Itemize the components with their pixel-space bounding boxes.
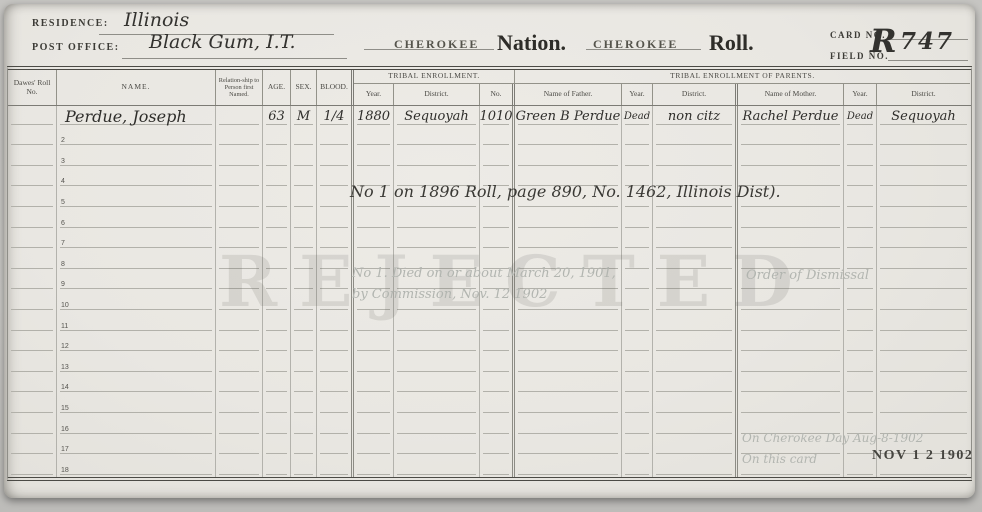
table-cell: Perdue, Joseph [57, 106, 216, 127]
table-cell [8, 456, 57, 477]
table-cell: Green B Perdue [515, 106, 622, 127]
table-cell [622, 394, 653, 415]
table-cell [515, 415, 622, 436]
table-cell [653, 209, 738, 230]
table-cell [738, 147, 844, 168]
table-cell: Sequoyah [877, 106, 970, 127]
table-cell [291, 456, 317, 477]
row1-district: Sequoyah [404, 109, 469, 124]
table-cell [877, 394, 970, 415]
table-cell [653, 456, 738, 477]
field-no-value: 747 [900, 28, 954, 55]
row-number: 18 [61, 467, 69, 474]
table-cell [877, 374, 970, 395]
table-cell [877, 333, 970, 354]
table-cell [354, 436, 394, 457]
table-cell: 5 [57, 188, 216, 209]
table-cell: 63 [263, 106, 291, 127]
table-cell [8, 209, 57, 230]
table-cell [354, 415, 394, 436]
col-header-father: Name of Father. [515, 84, 622, 105]
table-cell [515, 374, 622, 395]
table-cell [216, 333, 263, 354]
table-cell: Dead [622, 106, 653, 127]
table-cell [263, 456, 291, 477]
table-cell [216, 106, 263, 127]
col-header-sex: SEX. [291, 70, 317, 105]
dismissal-note: Order of Dismissal [746, 268, 869, 283]
table-cell [317, 147, 354, 168]
row-number: 11 [61, 323, 68, 330]
table-cell [291, 415, 317, 436]
table-cell: 13 [57, 353, 216, 374]
table-cell [354, 147, 394, 168]
row1-mother: Rachel Perdue [743, 109, 839, 124]
table-cell [480, 209, 515, 230]
table-cell [263, 209, 291, 230]
table-cell [263, 168, 291, 189]
col-header-age: AGE. [263, 70, 291, 105]
row-number: 14 [61, 384, 69, 391]
col-header-mother-year: Year. [844, 84, 877, 105]
table-cell: 6 [57, 209, 216, 230]
table-cell [8, 415, 57, 436]
table-cell [877, 230, 970, 251]
row-number: 8 [61, 261, 65, 268]
on-this-card-note: On this card [742, 452, 817, 466]
table-cell [844, 168, 877, 189]
table-cell [8, 188, 57, 209]
row-number: 17 [61, 446, 69, 453]
table-cell: 10 [57, 291, 216, 312]
table-cell: non citz [653, 106, 738, 127]
date-stamp: NOV 1 2 1902 [872, 448, 973, 464]
table-cell [844, 374, 877, 395]
table-cell [653, 353, 738, 374]
table-cell [515, 333, 622, 354]
table-cell [291, 374, 317, 395]
table-cell [8, 374, 57, 395]
row1-father_district: non citz [668, 109, 720, 124]
table-cell [317, 168, 354, 189]
table-cell [216, 209, 263, 230]
table-cell [263, 353, 291, 374]
table-cell [515, 456, 622, 477]
table-cell [394, 333, 480, 354]
table-cell [317, 333, 354, 354]
table-cell [844, 291, 877, 312]
row1-father: Green B Perdue [516, 109, 621, 124]
table-cell [354, 456, 394, 477]
table-cell [8, 291, 57, 312]
table-cell: 1880 [354, 106, 394, 127]
col-header-district: District. [394, 84, 480, 105]
table-cell [291, 147, 317, 168]
table-cell [8, 394, 57, 415]
table-cell [216, 415, 263, 436]
table-cell [515, 147, 622, 168]
row1-sex: M [297, 109, 310, 124]
table-cell [515, 436, 622, 457]
col-header-father-year: Year. [622, 84, 653, 105]
table-cell [291, 209, 317, 230]
table-cell [844, 147, 877, 168]
residence-value: Illinois [124, 9, 189, 31]
table-cell [877, 291, 970, 312]
row1-year: 1880 [357, 109, 390, 124]
table-cell: 18 [57, 456, 216, 477]
table-cell: 15 [57, 394, 216, 415]
table-cell [515, 209, 622, 230]
table-cell [480, 147, 515, 168]
table-cell [291, 353, 317, 374]
table-cell: 9 [57, 271, 216, 292]
roll-note: No 1 on 1896 Roll, page 890, No. 1462, I… [350, 182, 781, 201]
table-cell: 16 [57, 415, 216, 436]
group-header-tribal-enrollment: TRIBAL ENROLLMENT. [354, 70, 515, 84]
table-cell [738, 127, 844, 148]
table-cell [653, 415, 738, 436]
table-cell [844, 230, 877, 251]
nation-word: Nation. [497, 30, 566, 56]
table-cell [317, 374, 354, 395]
table-cell [877, 209, 970, 230]
table-cell: 14 [57, 374, 216, 395]
table-cell [844, 312, 877, 333]
table-cell: Rachel Perdue [738, 106, 844, 127]
table-cell [622, 374, 653, 395]
col-header-year: Year. [354, 84, 394, 105]
table-cell [8, 230, 57, 251]
table-cell [394, 353, 480, 374]
col-header-dawes-roll-no: Dawes' Roll No. [8, 70, 57, 105]
table-cell [622, 415, 653, 436]
row1-father_year: Dead [624, 111, 650, 122]
pencil-note-line2: by Commission, Nov. 12 1902 [352, 287, 547, 302]
table-cell [394, 415, 480, 436]
table-cell [480, 394, 515, 415]
table-cell [216, 436, 263, 457]
table-cell [622, 147, 653, 168]
table-cell: 3 [57, 147, 216, 168]
table-cell [8, 250, 57, 271]
col-header-mother-district: District. [877, 84, 970, 105]
col-header-father-district: District. [653, 84, 738, 105]
roll-stamp: CHEROKEE [593, 37, 678, 52]
enrollment-card: Residence: Illinois Post Office: Black G… [4, 4, 975, 498]
table-cell [844, 333, 877, 354]
post-office-value: Black Gum, I.T. [149, 31, 296, 53]
table-cell [480, 436, 515, 457]
table-cell [653, 436, 738, 457]
row-number: 4 [61, 178, 65, 185]
table-cell [394, 209, 480, 230]
table-cell [622, 127, 653, 148]
table-cell: 12 [57, 333, 216, 354]
table-cell [291, 168, 317, 189]
row-number: 15 [61, 405, 69, 412]
table-cell [354, 209, 394, 230]
table-cell: 17 [57, 436, 216, 457]
table-cell [844, 394, 877, 415]
table-cell: Dead [844, 106, 877, 127]
table-cell [653, 147, 738, 168]
table-cell [354, 374, 394, 395]
table-cell [216, 147, 263, 168]
table-cell [216, 353, 263, 374]
col-header-blood: BLOOD. [317, 70, 354, 105]
table-cell [877, 188, 970, 209]
row-number: 16 [61, 426, 69, 433]
table-cell [317, 394, 354, 415]
table-cell [844, 127, 877, 148]
field-no-prefix: R [870, 22, 897, 60]
residence-label: Residence: [32, 18, 109, 29]
table-cell [263, 374, 291, 395]
table-cell [317, 353, 354, 374]
table-cell [394, 456, 480, 477]
table-cell [622, 353, 653, 374]
table-cell [263, 436, 291, 457]
table-cell [8, 436, 57, 457]
table-cell [844, 353, 877, 374]
row1-name: Perdue, Joseph [57, 107, 187, 126]
table-cell [653, 127, 738, 148]
table-cell [317, 127, 354, 148]
table-cell [354, 127, 394, 148]
table-header: Dawes' Roll No. NAME. Relation-ship to P… [8, 70, 971, 106]
table-cell [480, 333, 515, 354]
table-cell [394, 394, 480, 415]
table-cell [877, 168, 970, 189]
table-cell [480, 353, 515, 374]
table-cell [738, 333, 844, 354]
row1-age: 63 [268, 109, 285, 124]
table-cell [263, 127, 291, 148]
table-cell: 1010 [480, 106, 515, 127]
table-cell [263, 333, 291, 354]
table-cell [8, 271, 57, 292]
table-cell [844, 188, 877, 209]
table-cell [317, 188, 354, 209]
col-header-mother: Name of Mother. [738, 84, 844, 105]
table-cell: 11 [57, 312, 216, 333]
table-cell: M [291, 106, 317, 127]
table-cell [653, 394, 738, 415]
col-header-name: NAME. [57, 70, 216, 105]
cherokee-roll-note: On Cherokee Day Aug-8-1902 [742, 431, 923, 445]
table-cell [844, 209, 877, 230]
table-cell [515, 394, 622, 415]
table-cell [291, 394, 317, 415]
table-cell [877, 312, 970, 333]
row-number: 7 [61, 240, 65, 247]
row-number: 10 [61, 302, 69, 309]
table-cell: 8 [57, 250, 216, 271]
table-cell [8, 353, 57, 374]
row-number: 9 [61, 281, 65, 288]
table-cell [354, 333, 394, 354]
row1-mother_district: Sequoyah [891, 109, 956, 124]
table-cell [263, 188, 291, 209]
table-cell: Sequoyah [394, 106, 480, 127]
table-cell [738, 353, 844, 374]
table-cell [317, 209, 354, 230]
table-cell [291, 436, 317, 457]
col-header-relationship: Relation-ship to Person first Named. [216, 70, 263, 105]
table-cell [738, 374, 844, 395]
table-cell [653, 333, 738, 354]
table-cell [394, 127, 480, 148]
table-cell [8, 127, 57, 148]
table-cell [877, 127, 970, 148]
table-cell [877, 353, 970, 374]
table-cell [216, 127, 263, 148]
table-cell [877, 147, 970, 168]
table-cell [291, 333, 317, 354]
table-cell [317, 415, 354, 436]
table-cell [515, 127, 622, 148]
table-cell [622, 436, 653, 457]
table-cell: 2 [57, 127, 216, 148]
table-cell [354, 394, 394, 415]
table-cell [354, 353, 394, 374]
table-cell [317, 456, 354, 477]
table-cell [8, 147, 57, 168]
table-cell [738, 394, 844, 415]
table-cell: 7 [57, 230, 216, 251]
rejected-watermark: REJECTED [219, 240, 815, 323]
table-cell [622, 456, 653, 477]
table-cell [291, 188, 317, 209]
row-number: 2 [61, 137, 65, 144]
table-cell [216, 168, 263, 189]
group-header-parents: TRIBAL ENROLLMENT OF PARENTS. [515, 70, 970, 84]
row-number: 5 [61, 199, 65, 206]
table-cell: 4 [57, 168, 216, 189]
table-cell [8, 312, 57, 333]
table-cell [653, 374, 738, 395]
table-cell [394, 436, 480, 457]
row1-no: 1010 [479, 109, 512, 124]
table-cell [216, 188, 263, 209]
table-cell [291, 127, 317, 148]
table-cell [263, 394, 291, 415]
pencil-note-line1: No 1. Died on or about March 20, 1901, [352, 266, 616, 281]
table-cell [480, 456, 515, 477]
table-cell [216, 456, 263, 477]
table-cell [8, 333, 57, 354]
table-cell [216, 374, 263, 395]
table-cell [317, 436, 354, 457]
table-cell [394, 147, 480, 168]
row1-blood: 1/4 [324, 109, 345, 124]
table-cell: 1/4 [317, 106, 354, 127]
table-cell [622, 209, 653, 230]
col-header-no: No. [480, 84, 515, 105]
table-cell [738, 209, 844, 230]
table-cell [877, 271, 970, 292]
table-cell [8, 106, 57, 127]
row1-mother_year: Dead [847, 111, 873, 122]
row-number: 12 [61, 343, 69, 350]
table-cell [515, 353, 622, 374]
table-cell [480, 374, 515, 395]
table-cell [394, 374, 480, 395]
table-cell [216, 394, 263, 415]
table-cell [480, 127, 515, 148]
post-office-label: Post Office: [32, 42, 120, 53]
row-number: 6 [61, 220, 65, 227]
table-cell [622, 333, 653, 354]
nation-stamp: CHEROKEE [394, 37, 479, 52]
table-cell [8, 168, 57, 189]
row-number: 13 [61, 364, 69, 371]
table-cell [480, 415, 515, 436]
table-cell [263, 147, 291, 168]
table-cell [263, 415, 291, 436]
table-cell [877, 250, 970, 271]
roll-word: Roll. [709, 30, 754, 56]
row-number: 3 [61, 158, 65, 165]
